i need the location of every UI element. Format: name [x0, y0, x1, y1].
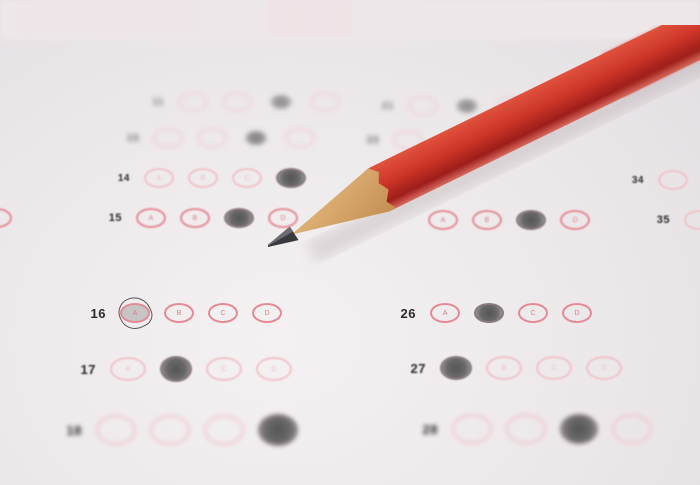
- answer-row: 23: [345, 130, 525, 150]
- answer-row-26: 26 A B C D: [382, 303, 606, 323]
- header-stripe: [20, 0, 200, 35]
- sheet-header-strip: [0, 0, 700, 40]
- answer-row-27: 27 A B C D: [392, 356, 636, 380]
- answer-row-15: 15 A B C D: [88, 208, 312, 228]
- mid-rows: 14 A B C D 15 A B C D 25 A B C D 34 35: [0, 150, 700, 250]
- header-stripe: [270, 0, 350, 35]
- answer-row-34: 34: [610, 170, 700, 190]
- answer-row: 13: [105, 128, 329, 148]
- answer-row-18: 18: [48, 414, 312, 446]
- answer-row-28: 28: [404, 414, 666, 444]
- answer-row-17: 17 A B C D: [62, 356, 306, 382]
- blurred-top-area: 11 21 13 23: [0, 0, 700, 160]
- answer-sheet-photo: 11 21 13 23 14 A B C D 15 A B C D: [0, 0, 700, 485]
- answer-row: 11: [130, 92, 354, 112]
- answer-row-25: 25 A B C D: [380, 210, 604, 230]
- answer-row-14: 14 A B C D: [96, 168, 320, 188]
- blurred-bottom-area: 18 28: [0, 400, 700, 485]
- answer-row: 21: [360, 96, 584, 116]
- answer-row-35: 35: [636, 210, 700, 230]
- answer-row-partial: [0, 208, 26, 228]
- answer-row-16: 16 A B C D: [72, 303, 296, 323]
